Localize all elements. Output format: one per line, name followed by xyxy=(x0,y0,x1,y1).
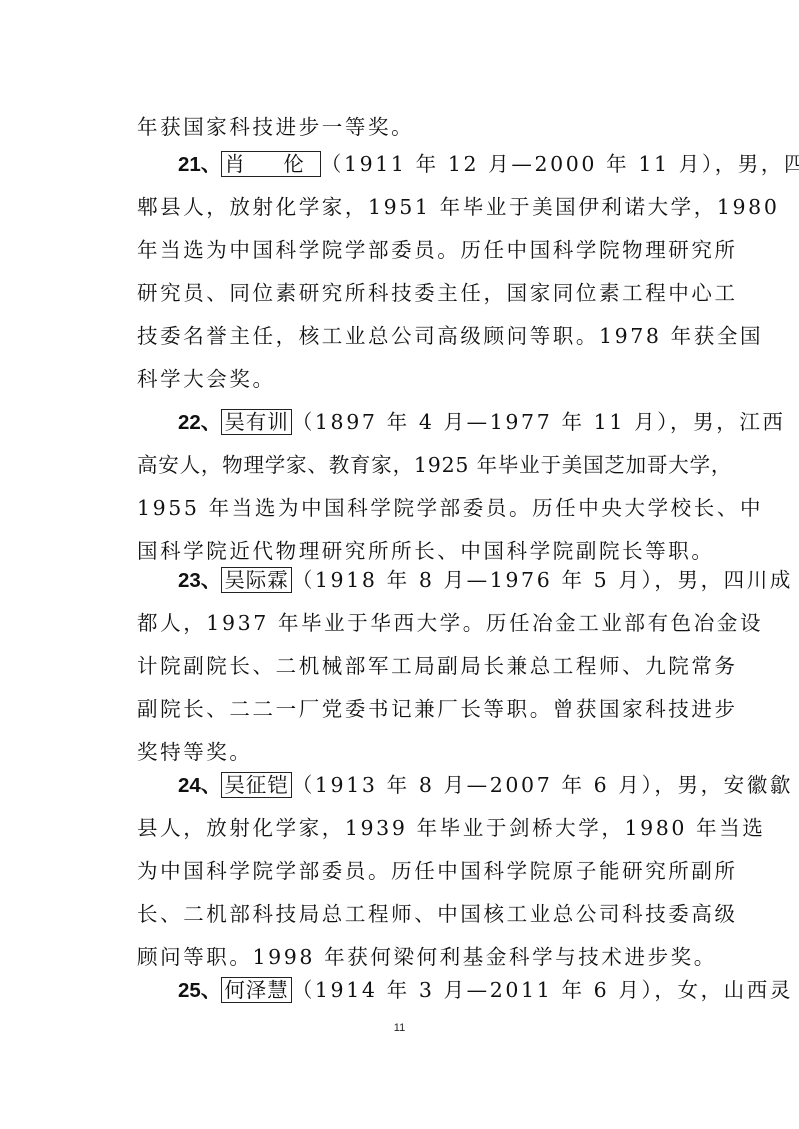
entry-25-heading: 25、何泽慧（1914 年 3 月—2011 年 6 月），女，山西灵 xyxy=(178,976,665,1004)
entry-number: 24、 xyxy=(178,774,221,797)
entry-21-line: 技委名誉主任，核工业总公司高级顾问等职。1978 年获全国 xyxy=(137,322,665,350)
entry-24-line: 为中国科学院学部委员。历任中国科学院原子能研究所副所 xyxy=(137,857,665,885)
entry-23-line: 副院长、二二一厂党委书记兼厂长等职。曾获国家科技进步 xyxy=(137,695,665,723)
document-page: 年获国家科技进步一等奖。 21、肖 伦（1911 年 12 月—2000 年 1… xyxy=(0,0,799,1129)
entry-24-line: 顾问等职。1998 年获何梁何利基金科学与技术进步奖。 xyxy=(137,943,665,971)
entry-text: （1918 年 8 月—1976 年 5 月），男，四川成 xyxy=(292,568,793,592)
entry-number: 21、 xyxy=(178,153,221,176)
entry-24-heading: 24、吴征铠（1913 年 8 月—2007 年 6 月），男，安徽歙 xyxy=(178,771,665,799)
name-box: 吴际霖 xyxy=(221,567,292,593)
entry-21-heading: 21、肖 伦（1911 年 12 月—2000 年 11 月），男，四川 xyxy=(178,150,665,178)
entry-number: 22、 xyxy=(178,411,221,434)
page-number: 11 xyxy=(0,1022,799,1034)
entry-text: （1914 年 3 月—2011 年 6 月），女，山西灵 xyxy=(292,978,793,1002)
name-box: 肖 伦 xyxy=(221,151,321,177)
entry-23-line: 奖特等奖。 xyxy=(137,738,665,766)
entry-23-heading: 23、吴际霖（1918 年 8 月—1976 年 5 月），男，四川成 xyxy=(178,566,665,594)
entry-text: （1911 年 12 月—2000 年 11 月），男，四川 xyxy=(321,152,799,176)
name-box: 吴征铠 xyxy=(221,772,292,798)
name-box: 何泽慧 xyxy=(221,977,292,1003)
entry-22-line: 1955 年当选为中国科学院学部委员。历任中央大学校长、中 xyxy=(137,494,665,522)
entry-23-line: 计院副院长、二机械部军工局副局长兼总工程师、九院常务 xyxy=(137,652,665,680)
entry-number: 25、 xyxy=(178,979,221,1002)
entry-text: （1897 年 4 月—1977 年 11 月），男，江西 xyxy=(292,410,786,434)
entry-number: 23、 xyxy=(178,569,221,592)
entry-24-line: 县人，放射化学家，1939 年毕业于剑桥大学，1980 年当选 xyxy=(137,814,665,842)
entry-21-line: 郫县人，放射化学家，1951 年毕业于美国伊利诺大学，1980 xyxy=(137,193,665,221)
entry-21-line: 年当选为中国科学院学部委员。历任中国科学院物理研究所 xyxy=(137,236,665,264)
entry-text: （1913 年 8 月—2007 年 6 月），男，安徽歙 xyxy=(292,773,793,797)
continuation-line: 年获国家科技进步一等奖。 xyxy=(137,113,665,141)
entry-22-line: 国科学院近代物理研究所所长、中国科学院副院长等职。 xyxy=(137,537,665,565)
name-box: 吴有训 xyxy=(221,409,292,435)
entry-22-heading: 22、吴有训（1897 年 4 月—1977 年 11 月），男，江西 xyxy=(178,408,665,436)
entry-22-line: 高安人，物理学家、教育家，1925 年毕业于美国芝加哥大学， xyxy=(137,451,665,479)
entry-21-line: 研究员、同位素研究所科技委主任，国家同位素工程中心工 xyxy=(137,279,665,307)
entry-23-line: 都人，1937 年毕业于华西大学。历任冶金工业部有色冶金设 xyxy=(137,609,665,637)
entry-24-line: 长、二机部科技局总工程师、中国核工业总公司科技委高级 xyxy=(137,900,665,928)
entry-21-line: 科学大会奖。 xyxy=(137,365,665,393)
